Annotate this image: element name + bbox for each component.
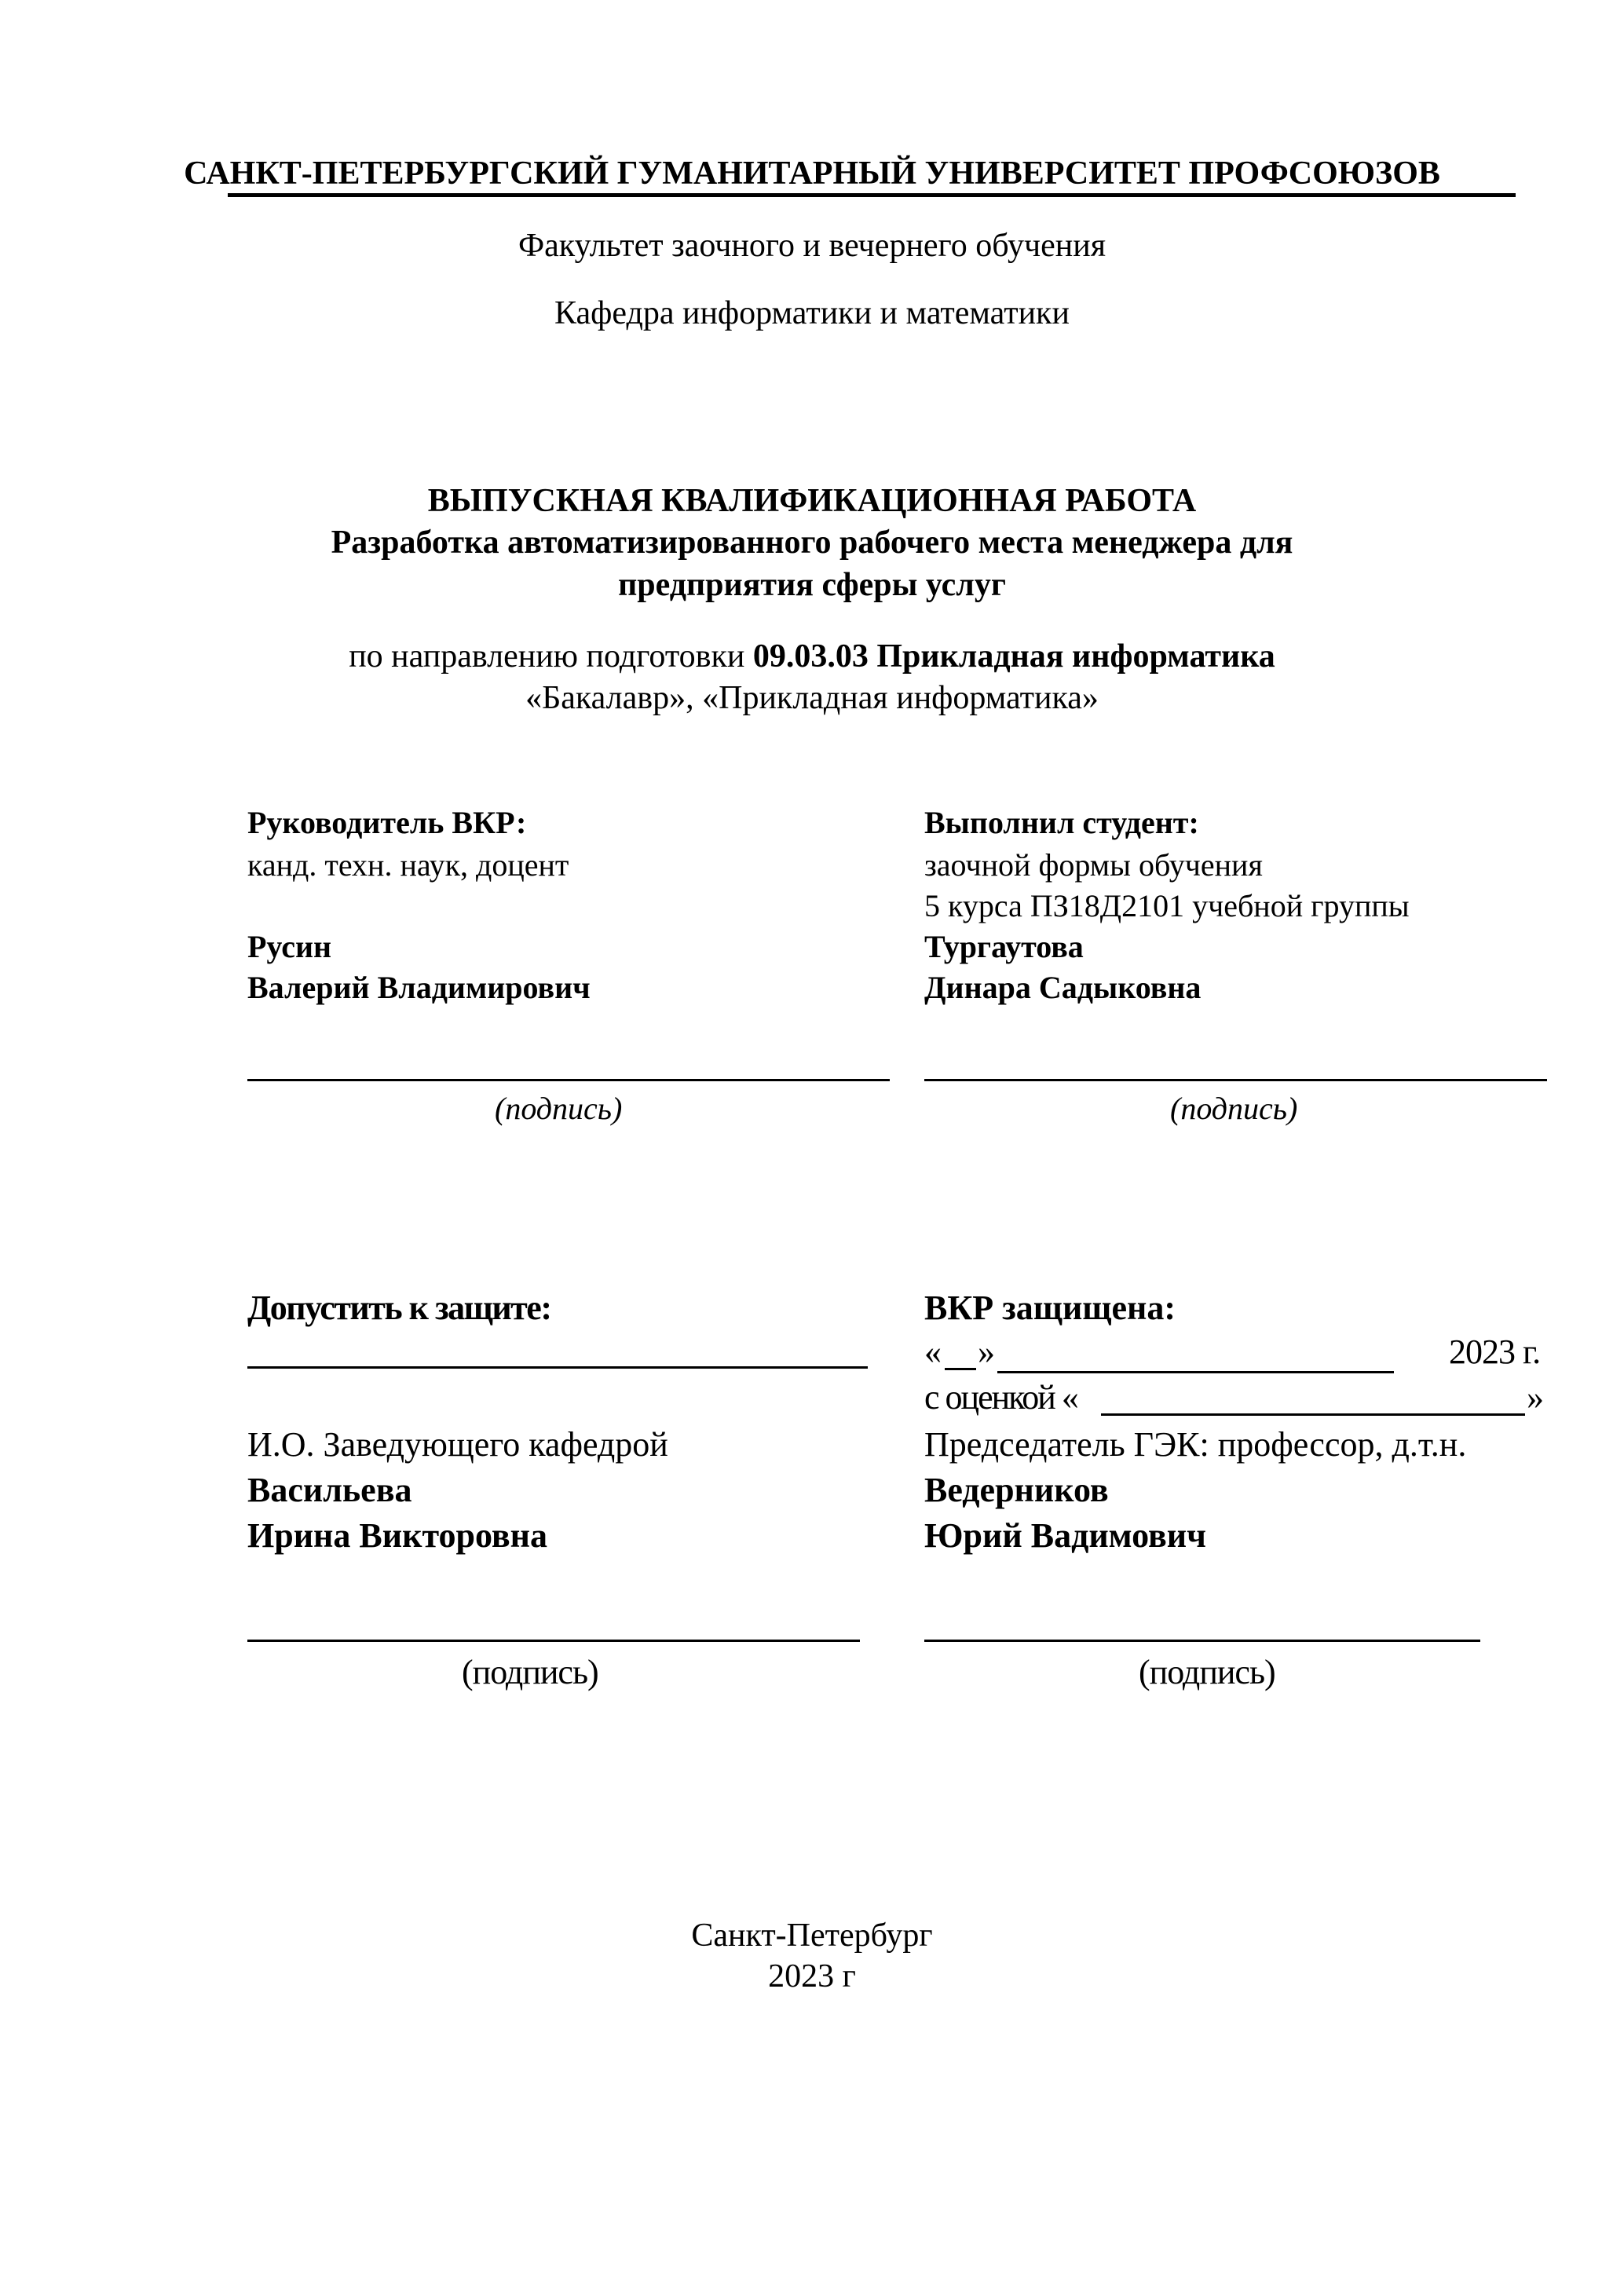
admission-signature-top-line (247, 1366, 868, 1369)
study-direction-code: 09.03.03 Прикладная информатика (753, 638, 1275, 675)
university-name: САНКТ-ПЕТЕРБУРГСКИЙ ГУМАНИТАРНЫЙ УНИВЕРС… (0, 157, 1624, 190)
admission-label: Допустить к защите: (247, 1291, 550, 1325)
footer-year: 2023 г (0, 1960, 1624, 1993)
footer-city: Санкт-Петербург (0, 1919, 1624, 1952)
defense-day-blank (945, 1368, 976, 1370)
defense-grade-prefix: с оценкой « (924, 1380, 1077, 1415)
defense-month-blank (997, 1371, 1394, 1373)
student-label: Выполнил студент: (924, 807, 1199, 839)
document-type: ВЫПУСКНАЯ КВАЛИФИКАЦИОННАЯ РАБОТА (0, 484, 1624, 517)
student-group: 5 курса ПЗ18Д2101 учебной группы (924, 890, 1410, 922)
student-surname: Тургаутова (924, 931, 1084, 963)
university-name-text: САНКТ-ПЕТЕРБУРГСКИЙ ГУМАНИТАРНЫЙ УНИВЕРС… (184, 155, 1440, 192)
supervisor-surname: Русин (247, 931, 331, 963)
department-head-surname: Васильева (247, 1473, 411, 1508)
commission-chair-signature-line (924, 1640, 1480, 1642)
commission-chair-name: Юрий Вадимович (924, 1519, 1206, 1553)
defense-grade-suffix: » (1527, 1380, 1544, 1415)
supervisor-signature-label: (подпись) (495, 1093, 622, 1124)
supervisor-rank: канд. техн. наук, доцент (247, 850, 569, 881)
defense-grade-blank (1101, 1413, 1525, 1416)
commission-chair-signature-label: (подпись) (1139, 1655, 1275, 1690)
study-direction: по направлению подготовки 09.03.03 Прикл… (0, 640, 1624, 673)
supervisor-label: Руководитель ВКР: (247, 807, 526, 839)
defense-year: 2023 г. (1449, 1335, 1540, 1369)
thesis-topic-line1: Разработка автоматизированного рабочего … (0, 526, 1624, 559)
commission-chair-position: Председатель ГЭК: профессор, д.т.н. (924, 1428, 1466, 1462)
department-head-name: Ирина Викторовна (247, 1519, 547, 1553)
department-name: Кафедра информатики и математики (0, 297, 1624, 330)
study-direction-prefix: по направлению подготовки (349, 638, 753, 675)
department-head-signature-line (247, 1640, 860, 1642)
student-study-form: заочной формы обучения (924, 850, 1263, 881)
faculty-name: Факультет заочного и вечернего обучения (0, 229, 1624, 262)
thesis-topic-line2: предприятия сферы услуг (0, 569, 1624, 601)
supervisor-signature-line (247, 1079, 890, 1081)
student-name: Динара Садыковна (924, 972, 1201, 1004)
department-head-signature-label: (подпись) (462, 1655, 598, 1690)
student-signature-label: (подпись) (1170, 1093, 1297, 1124)
student-signature-line (924, 1079, 1547, 1081)
supervisor-name: Валерий Владимирович (247, 972, 591, 1004)
defense-label: ВКР защищена: (924, 1291, 1176, 1325)
department-head-position: И.О. Заведующего кафедрой (247, 1428, 668, 1462)
defense-date-close-quote: » (978, 1335, 995, 1369)
commission-chair-surname: Ведерников (924, 1473, 1109, 1508)
degree-program: «Бакалавр», «Прикладная информатика» (0, 682, 1624, 715)
defense-date-open-quote: « (924, 1335, 942, 1369)
header-rule (228, 193, 1516, 197)
